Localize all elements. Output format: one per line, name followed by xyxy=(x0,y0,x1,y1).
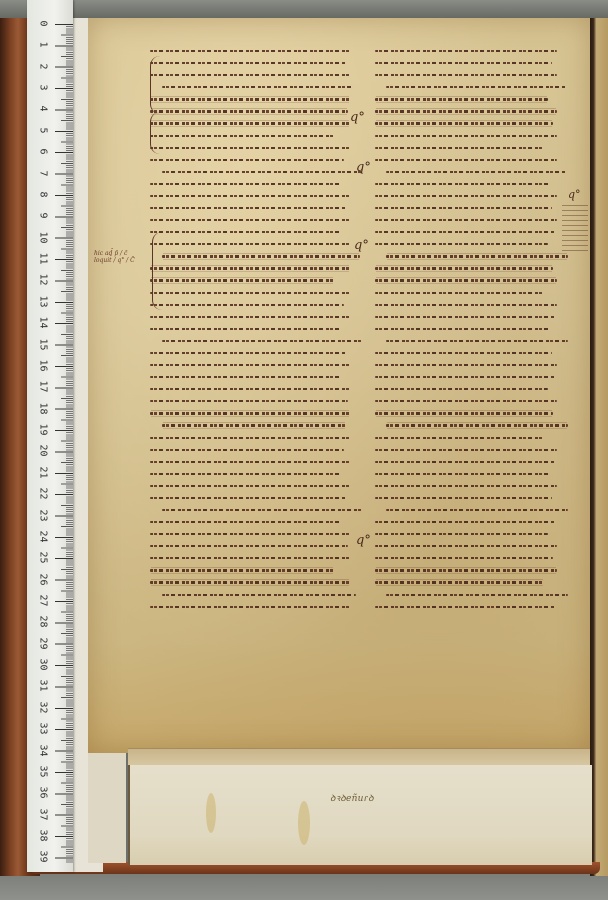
script-line xyxy=(150,376,342,378)
script-line xyxy=(375,219,557,221)
flyleaf-left-edge xyxy=(88,753,126,863)
ruler-number: 20 xyxy=(38,441,49,461)
script-line xyxy=(375,473,550,475)
margin-mark-q: q° xyxy=(356,160,371,175)
script-line xyxy=(162,594,356,596)
script-line xyxy=(150,316,350,318)
ruler-number: 9 xyxy=(38,206,49,226)
script-line xyxy=(375,352,552,354)
script-line xyxy=(150,352,346,354)
margin-mark-q: q° xyxy=(354,238,369,253)
bracket-mark xyxy=(150,112,161,154)
script-line xyxy=(375,159,557,161)
ruler-number: 3 xyxy=(38,78,49,98)
script-line xyxy=(150,412,350,414)
script-line xyxy=(150,328,340,330)
script-line xyxy=(375,521,555,523)
ruler-number: 19 xyxy=(38,420,49,440)
margin-mark-q: q° xyxy=(350,110,365,125)
script-line xyxy=(150,98,350,100)
margin-mark-q: q° xyxy=(568,188,581,201)
book-binding-right xyxy=(590,18,608,876)
ruler-number: 14 xyxy=(38,313,49,333)
script-line xyxy=(386,86,566,88)
script-line xyxy=(375,376,555,378)
script-line xyxy=(162,424,346,426)
script-line xyxy=(150,581,350,583)
script-line xyxy=(150,219,350,221)
script-line xyxy=(375,569,557,571)
ruler-number: 6 xyxy=(38,142,49,162)
ruler-number: 15 xyxy=(38,334,49,354)
ruler-number: 38 xyxy=(38,826,49,846)
script-line xyxy=(150,195,350,197)
script-line xyxy=(375,316,555,318)
script-line xyxy=(375,98,548,100)
ruler-number: 16 xyxy=(38,355,49,375)
script-line xyxy=(162,171,362,173)
script-line xyxy=(150,292,350,294)
ruler-number: 36 xyxy=(38,783,49,803)
script-line xyxy=(375,533,548,535)
script-line xyxy=(150,183,340,185)
script-line xyxy=(375,606,555,608)
script-line xyxy=(375,461,555,463)
ruler-number: 5 xyxy=(38,120,49,140)
script-line xyxy=(150,449,344,451)
script-line xyxy=(386,509,568,511)
script-line xyxy=(375,557,553,559)
script-line xyxy=(150,207,346,209)
script-line xyxy=(150,545,348,547)
script-line xyxy=(375,62,552,64)
background-bottom xyxy=(0,872,608,900)
ruler-number: 29 xyxy=(38,633,49,653)
script-line xyxy=(150,122,350,124)
script-line xyxy=(375,581,544,583)
ruler-number: 31 xyxy=(38,676,49,696)
measuring-ruler: 0123456789101112131415161718192021222324… xyxy=(27,0,73,872)
ruler-ticks xyxy=(55,24,73,864)
ruler-number: 4 xyxy=(38,99,49,119)
script-line xyxy=(375,364,557,366)
ruler-number: 11 xyxy=(38,249,49,269)
script-line xyxy=(150,461,350,463)
script-line xyxy=(150,159,344,161)
script-line xyxy=(375,207,552,209)
script-line xyxy=(162,340,362,342)
script-line xyxy=(375,147,544,149)
flyleaf xyxy=(128,765,592,865)
script-line xyxy=(375,195,557,197)
script-line xyxy=(162,86,354,88)
ruler-number: 23 xyxy=(38,505,49,525)
script-line xyxy=(375,292,544,294)
ruler-number: 10 xyxy=(38,227,49,247)
water-stain xyxy=(206,793,216,833)
script-line xyxy=(375,267,553,269)
script-line xyxy=(150,243,350,245)
script-line xyxy=(150,388,350,390)
left-margin-annotation: hic ad̄ p̄ / c̄ loquit̄ / q° / C̄ xyxy=(94,250,144,264)
script-line xyxy=(150,267,350,269)
script-line xyxy=(150,473,340,475)
script-line xyxy=(375,328,550,330)
script-line xyxy=(375,243,548,245)
script-line xyxy=(150,279,334,281)
script-line xyxy=(150,400,348,402)
ruler-number: 8 xyxy=(38,184,49,204)
script-line xyxy=(150,569,334,571)
script-line xyxy=(150,497,346,499)
ruler-number: 35 xyxy=(38,761,49,781)
ruler-number: 22 xyxy=(38,484,49,504)
script-line xyxy=(150,437,350,439)
script-line xyxy=(375,304,557,306)
script-line xyxy=(375,122,553,124)
ruler-number: 30 xyxy=(38,655,49,675)
ruler-number: 37 xyxy=(38,804,49,824)
ruler-number: 24 xyxy=(38,526,49,546)
script-line xyxy=(386,171,566,173)
script-line xyxy=(386,594,568,596)
margin-mark-q: q° xyxy=(356,533,371,548)
script-line xyxy=(150,135,334,137)
script-line xyxy=(150,606,350,608)
script-line xyxy=(375,400,557,402)
script-line xyxy=(150,533,350,535)
ruler-number: 34 xyxy=(38,740,49,760)
script-line xyxy=(150,110,348,112)
script-line xyxy=(375,183,550,185)
script-line xyxy=(150,364,350,366)
ruler-number: 13 xyxy=(38,291,49,311)
ruler-number: 17 xyxy=(38,377,49,397)
script-line xyxy=(375,437,544,439)
script-line xyxy=(375,388,548,390)
script-line xyxy=(150,557,350,559)
script-line xyxy=(375,50,557,52)
ruler-number: 18 xyxy=(38,398,49,418)
script-line xyxy=(150,50,350,52)
ruler-number: 25 xyxy=(38,548,49,568)
ruler-number: 26 xyxy=(38,569,49,589)
ruler-number: 32 xyxy=(38,697,49,717)
script-line xyxy=(150,304,344,306)
bracket-mark xyxy=(150,56,161,114)
script-line xyxy=(375,449,557,451)
ruler-number: 27 xyxy=(38,590,49,610)
script-line xyxy=(375,279,557,281)
ruler-number: 21 xyxy=(38,462,49,482)
flyleaf-label: ꝺꝛꝺeñuɾꝺ xyxy=(330,791,374,804)
water-stain xyxy=(298,801,310,845)
script-line xyxy=(162,509,362,511)
script-line xyxy=(375,485,557,487)
ruler-number: 0 xyxy=(38,14,49,34)
ruler-number: 2 xyxy=(38,56,49,76)
script-line xyxy=(150,74,350,76)
text-column-left xyxy=(150,50,350,618)
script-line xyxy=(150,147,350,149)
script-line xyxy=(162,255,360,257)
ruler-number: 12 xyxy=(38,270,49,290)
script-line xyxy=(375,135,557,137)
script-line xyxy=(150,231,342,233)
script-line xyxy=(375,74,557,76)
ruler-number: 28 xyxy=(38,612,49,632)
script-line xyxy=(375,231,555,233)
script-line xyxy=(150,485,350,487)
script-line xyxy=(150,62,346,64)
script-line xyxy=(150,521,342,523)
ruler-number: 7 xyxy=(38,163,49,183)
script-line xyxy=(386,424,568,426)
script-line xyxy=(375,110,557,112)
bracket-mark xyxy=(152,232,163,310)
ruler-number: 39 xyxy=(38,847,49,867)
script-line xyxy=(375,412,553,414)
ruler-number: 33 xyxy=(38,719,49,739)
script-line xyxy=(375,545,557,547)
script-line xyxy=(386,255,568,257)
text-column-right xyxy=(375,50,557,618)
ruler-number: 1 xyxy=(38,35,49,55)
right-margin-annotation: marginal gloss xyxy=(562,205,588,255)
script-line xyxy=(375,497,552,499)
script-line xyxy=(386,340,568,342)
